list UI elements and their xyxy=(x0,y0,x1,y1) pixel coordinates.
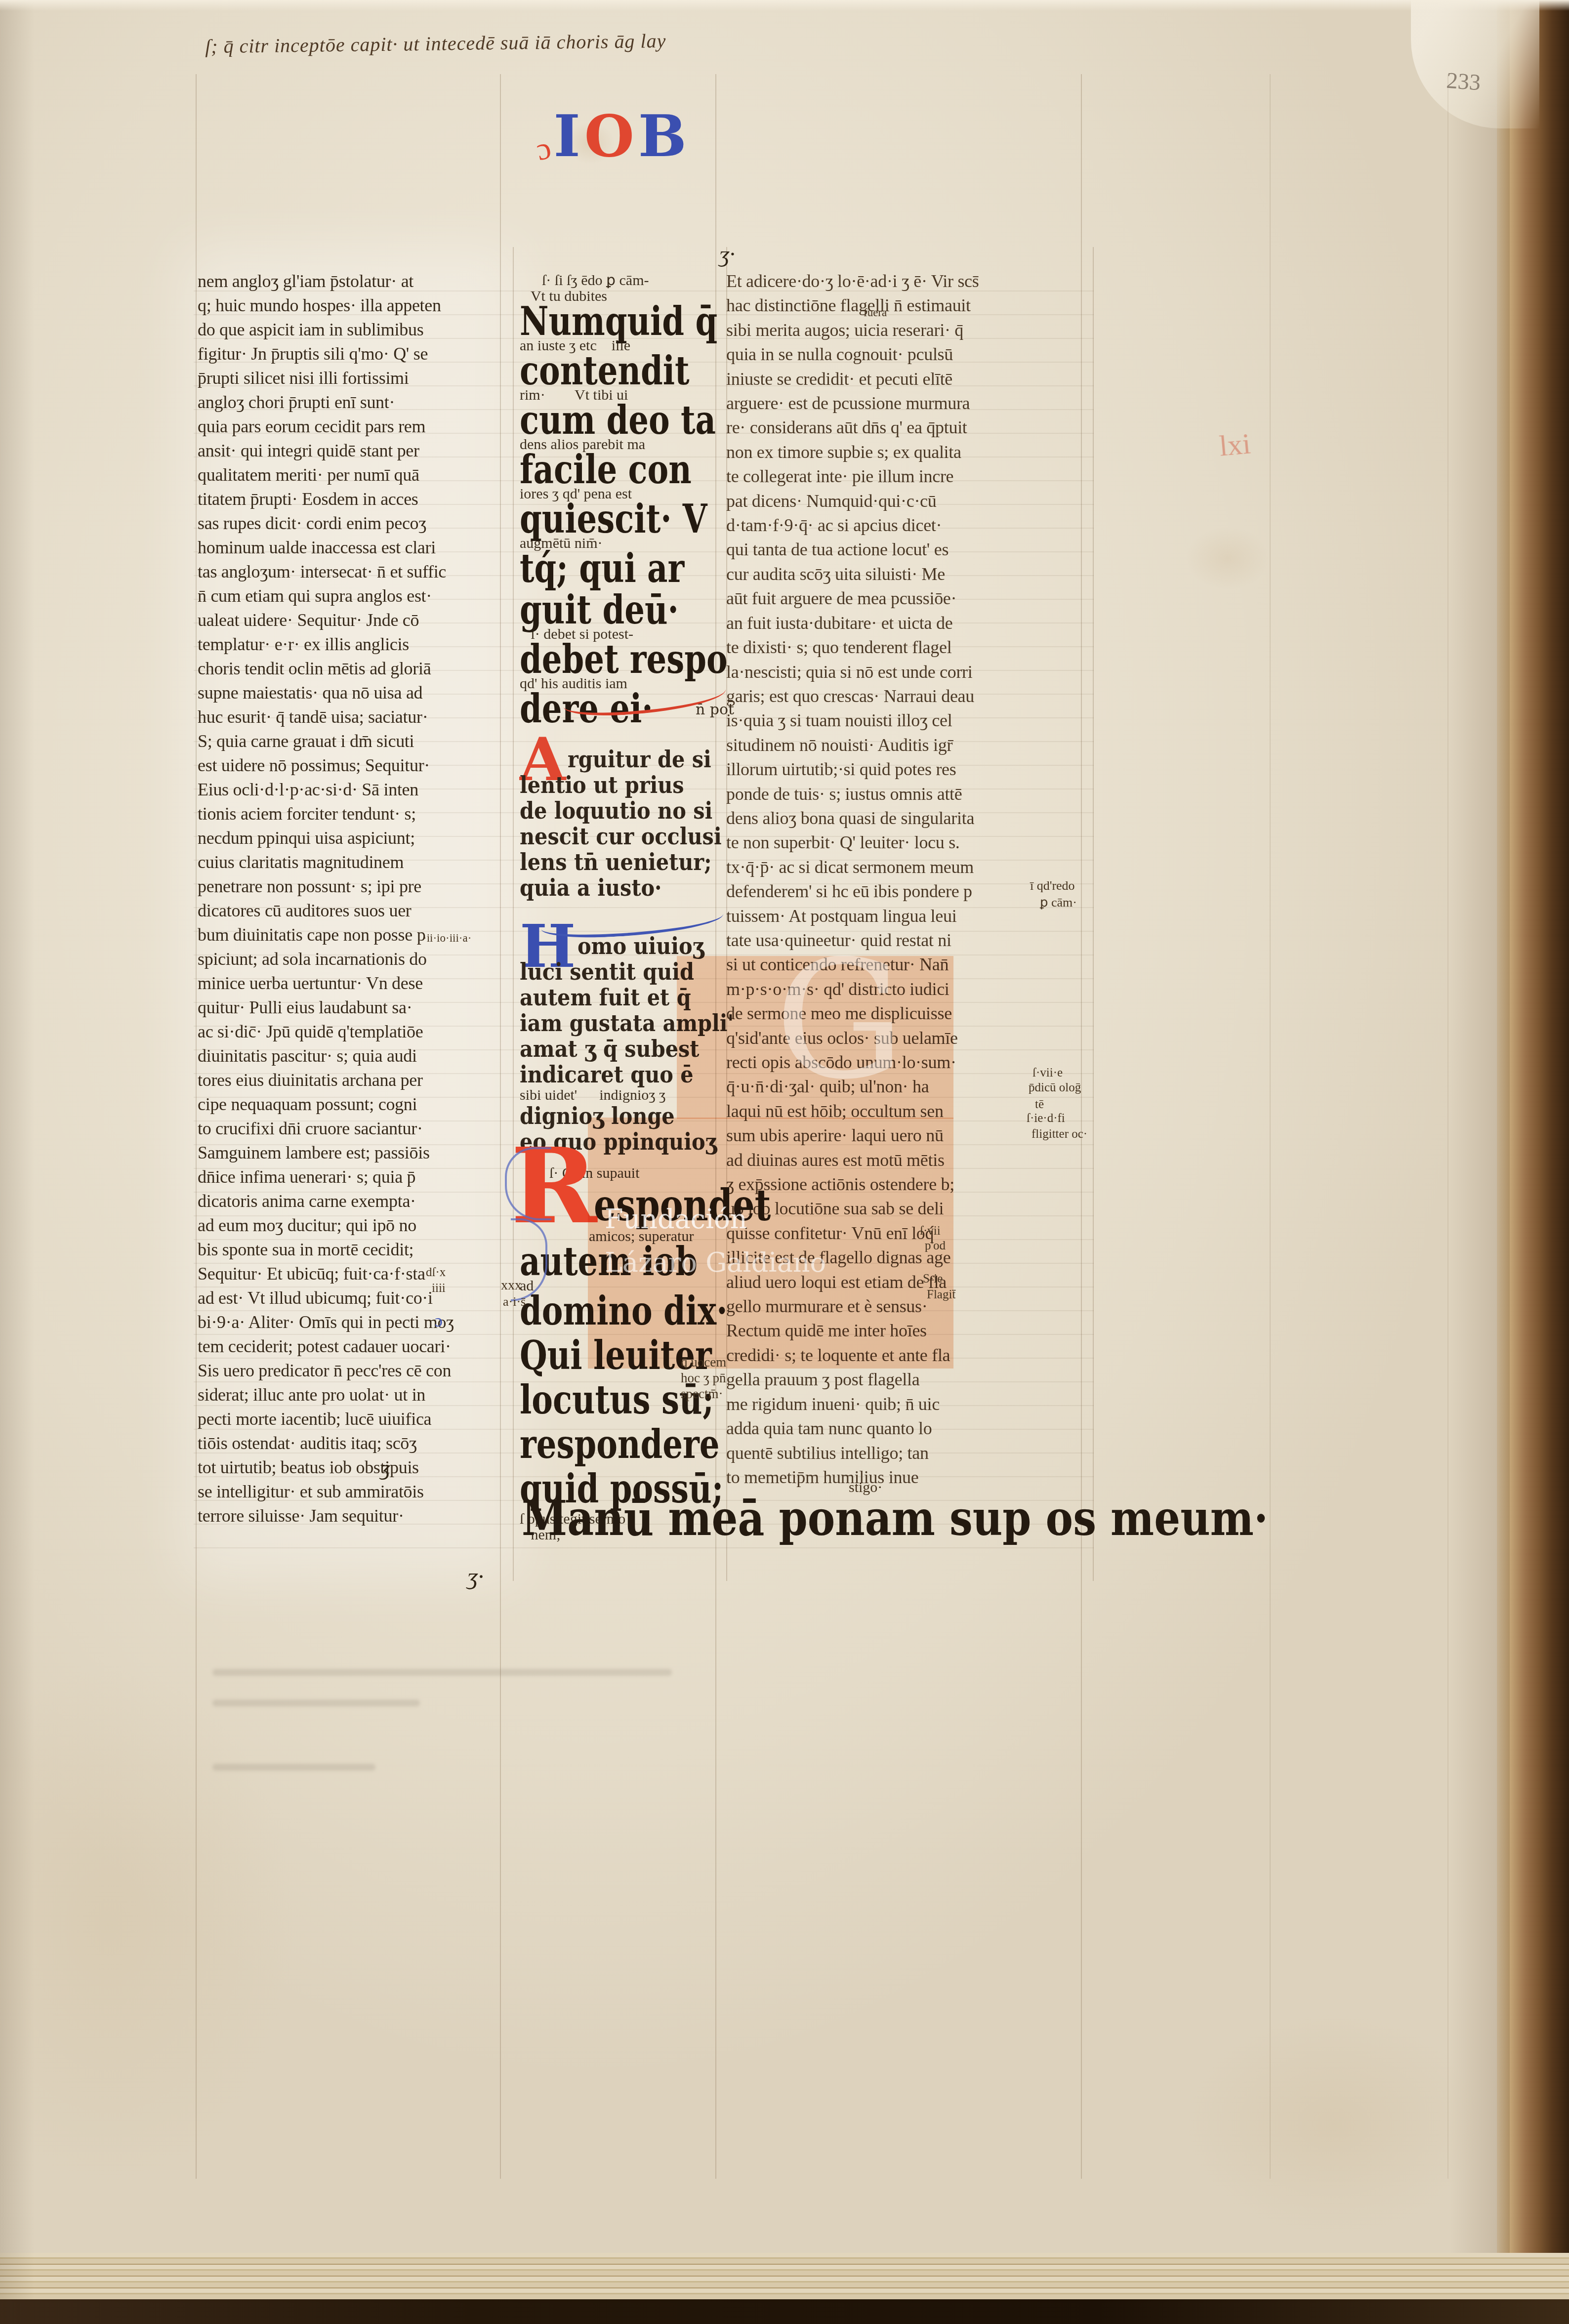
margin-note: p̄dicū oloḡ xyxy=(1029,1081,1081,1095)
margin-note: q̄ uocem xyxy=(681,1355,726,1370)
manuscript-page: ſ; q̄ citr inceptōe capit· ut intecedē s… xyxy=(0,0,1569,2324)
margin-note: a·i·s̄ xyxy=(503,1294,526,1309)
margin-note: ſ·vii·e xyxy=(1032,1066,1063,1080)
pencil-smudge xyxy=(212,1669,672,1676)
margin-note: spectm̄· xyxy=(681,1386,723,1402)
margin-note: lxi xyxy=(1218,426,1252,463)
margin-note: ɔ xyxy=(435,1310,443,1331)
margin-note: ī qd'redo xyxy=(1030,878,1075,893)
marginalia-layer: 233ī qd'redoꝑ cām·ſ·vii·ep̄dicū oloḡtēſ·… xyxy=(0,0,1569,2324)
margin-note: S·ie xyxy=(923,1272,943,1286)
margin-note: 233 xyxy=(1445,67,1482,96)
margin-note: ʒ xyxy=(380,1455,390,1481)
margin-note: ʒ· xyxy=(467,1563,484,1590)
margin-note: p'od xyxy=(925,1239,946,1253)
margin-note: iiii xyxy=(432,1282,446,1295)
margin-note: fuera xyxy=(864,306,887,319)
margin-note: ʒ· xyxy=(719,241,735,267)
pencil-smudge xyxy=(212,1764,375,1771)
margin-note: Flagit̄ xyxy=(927,1288,955,1302)
margin-note: ·ii·io·iii·a· xyxy=(423,932,471,945)
margin-note: ſ·ie·d·fi xyxy=(1027,1112,1065,1125)
margin-note: stigo· xyxy=(849,1479,882,1496)
pencil-smudge xyxy=(212,1700,420,1706)
margin-note: dſ·x xyxy=(426,1266,446,1280)
margin-note: xxx xyxy=(501,1278,522,1293)
margin-note: tē xyxy=(1035,1098,1044,1112)
margin-note: hoc ʒ pn̄ xyxy=(681,1370,726,1386)
margin-note: fligitter oc· xyxy=(1032,1127,1087,1141)
margin-note: ꝑ cām· xyxy=(1040,895,1077,910)
margin-note: ſ·vii xyxy=(920,1224,941,1238)
